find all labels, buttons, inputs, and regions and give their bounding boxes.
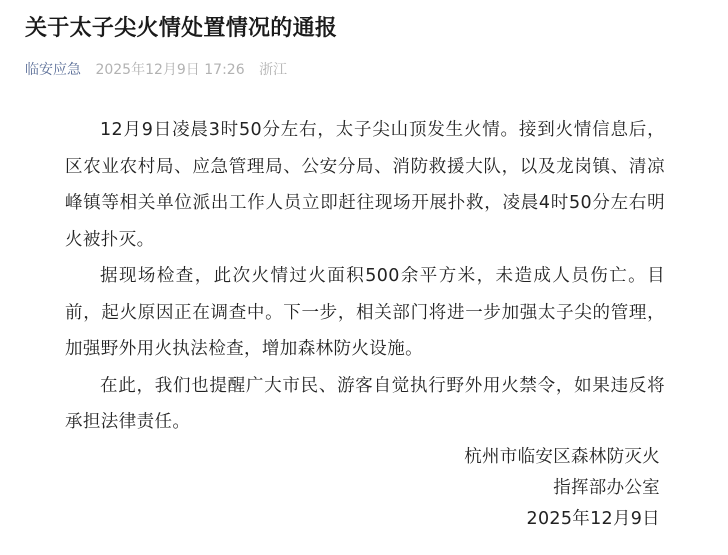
article-meta: 临安应急 2025年12月9日 17:26 浙江 [25,60,287,80]
paragraph-1: 12月9日凌晨3时50分左右，太子尖山顶发生火情。接到火情信息后，区农业农村局、… [65,112,665,258]
signature-block: 杭州市临安区森林防灭火 指挥部办公室 2025年12月9日 [464,442,660,535]
publish-date: 2025年12月9日 17:26 [95,62,244,78]
paragraph-3: 在此，我们也提醒广大市民、游客自觉执行野外用火禁令，如果违反将承担法律责任。 [65,368,665,441]
account-name-link[interactable]: 临安应急 [25,62,81,78]
signature-org-line2: 指挥部办公室 [464,473,660,504]
signature-date: 2025年12月9日 [464,504,660,535]
paragraph-2: 据现场检查，此次火情过火面积500余平方米，未造成人员伤亡。目前，起火原因正在调… [65,258,665,368]
article-title: 关于太子尖火情处置情况的通报 [25,14,337,44]
publish-location: 浙江 [259,62,287,78]
signature-org-line1: 杭州市临安区森林防灭火 [464,442,660,473]
article-body: 12月9日凌晨3时50分左右，太子尖山顶发生火情。接到火情信息后，区农业农村局、… [65,112,665,441]
